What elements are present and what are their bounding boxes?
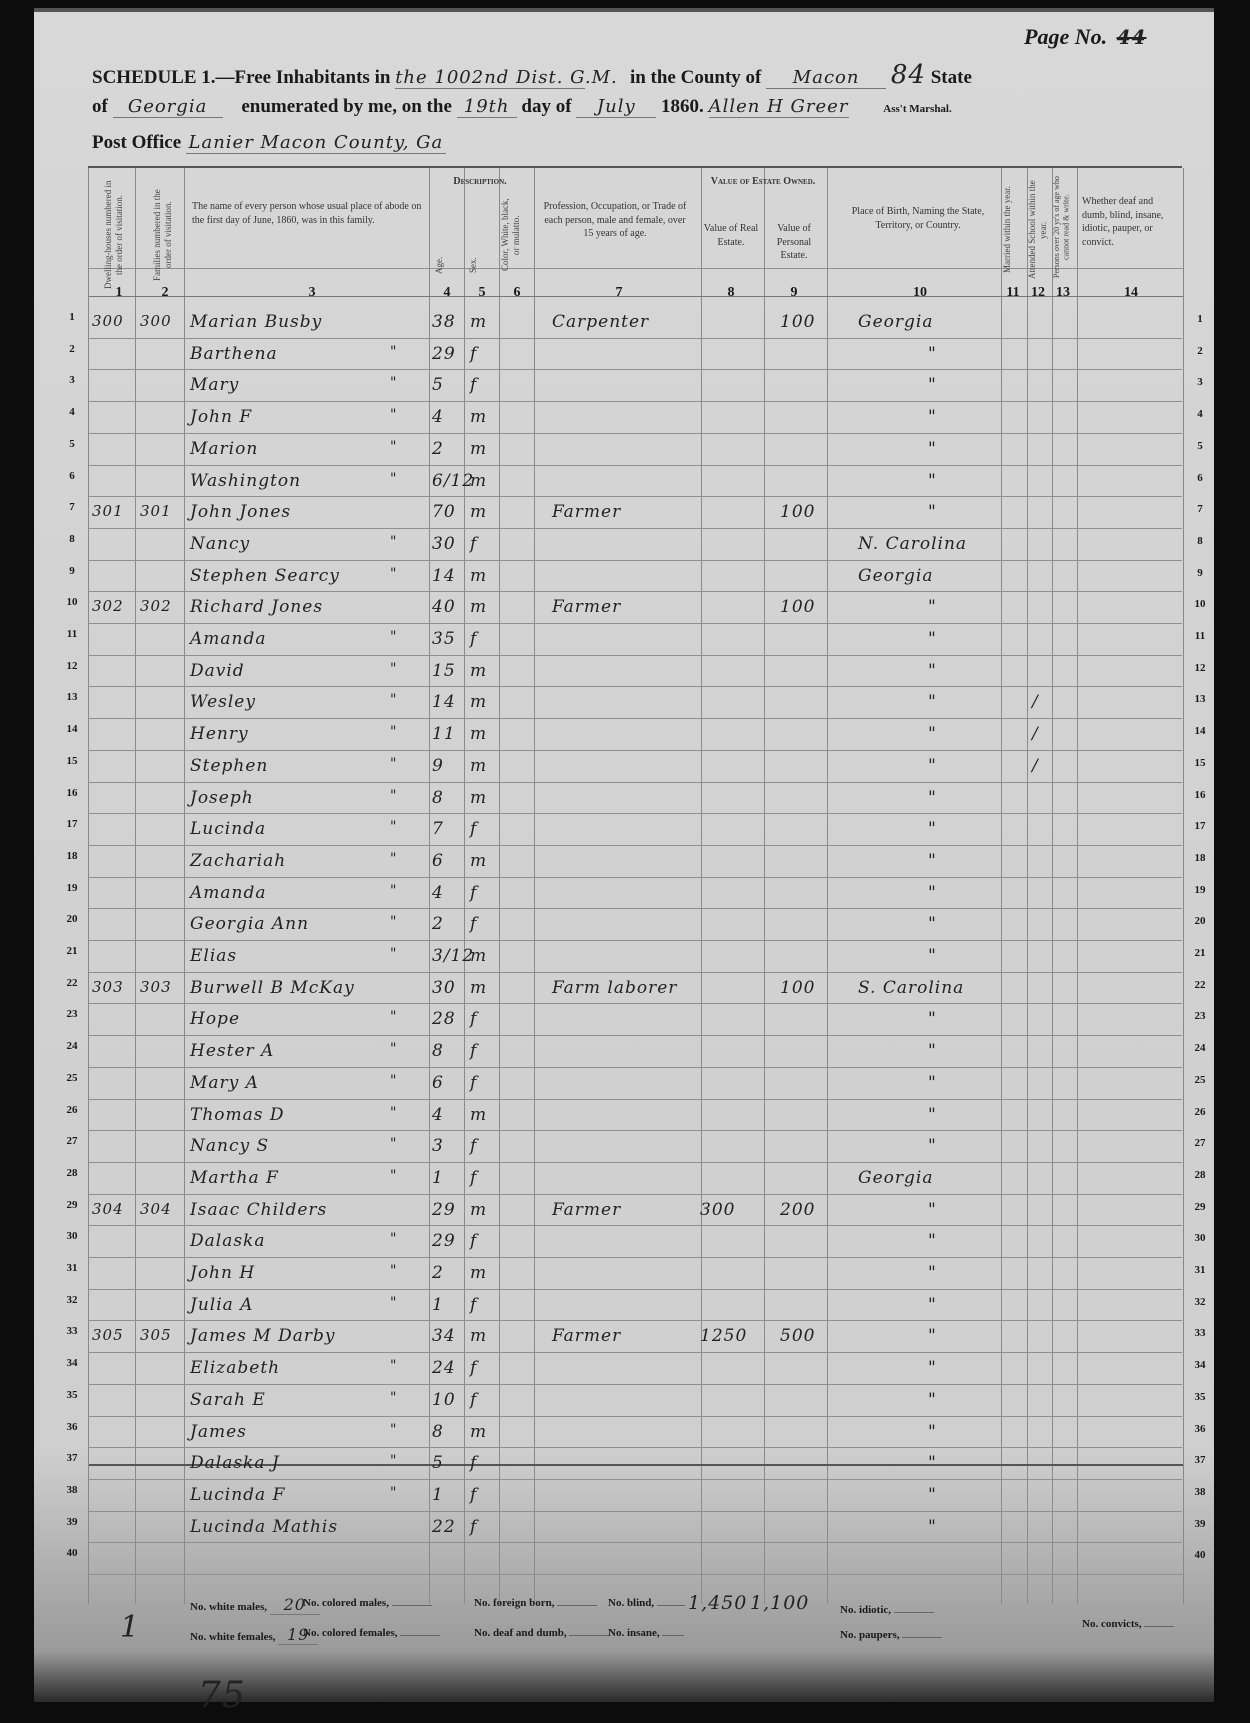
description-group-header: Description. bbox=[430, 175, 530, 189]
sex: m bbox=[470, 439, 487, 459]
row-rule bbox=[88, 1099, 1182, 1100]
person-name: Lucinda bbox=[190, 819, 266, 839]
ditto-mark: " bbox=[390, 1485, 397, 1501]
sex: m bbox=[470, 502, 487, 522]
age: 30 bbox=[432, 978, 456, 998]
ditto-mark: " bbox=[390, 1041, 397, 1057]
line-number: 31 bbox=[62, 1262, 82, 1274]
person-name: Burwell B McKay bbox=[190, 978, 355, 998]
age: 2 bbox=[432, 439, 444, 459]
person-name: Richard Jones bbox=[190, 597, 323, 617]
age: 1 bbox=[432, 1295, 444, 1315]
line-number-right: 27 bbox=[1190, 1137, 1210, 1149]
sex: f bbox=[470, 1485, 477, 1505]
row-rule bbox=[88, 560, 1182, 561]
line-number: 38 bbox=[62, 1484, 82, 1496]
birthplace: " bbox=[928, 914, 937, 934]
line-number: 39 bbox=[62, 1516, 82, 1528]
birthplace: " bbox=[928, 946, 937, 966]
birthplace: " bbox=[928, 1231, 937, 1251]
person-name: Wesley bbox=[190, 692, 256, 712]
sex: m bbox=[470, 471, 487, 491]
line-number: 1 bbox=[62, 311, 82, 323]
age: 35 bbox=[432, 629, 456, 649]
sex: m bbox=[470, 851, 487, 871]
line-number: 27 bbox=[62, 1135, 82, 1147]
line-number: 3 bbox=[62, 374, 82, 386]
person-name: James M Darby bbox=[190, 1326, 335, 1346]
age: 4 bbox=[432, 883, 444, 903]
sex: f bbox=[470, 1231, 477, 1251]
row-rule bbox=[88, 1130, 1182, 1131]
row-rule bbox=[88, 496, 1182, 497]
line-number: 10 bbox=[62, 596, 82, 608]
row-rule bbox=[88, 1320, 1182, 1321]
row-rule bbox=[88, 686, 1182, 687]
age: 5 bbox=[432, 1453, 444, 1473]
ditto-mark: " bbox=[390, 724, 397, 740]
age: 9 bbox=[432, 756, 444, 776]
ditto-mark: " bbox=[390, 344, 397, 360]
ditto-mark: " bbox=[390, 471, 397, 487]
age: 15 bbox=[432, 661, 456, 681]
sex: m bbox=[470, 978, 487, 998]
ditto-mark: " bbox=[390, 1358, 397, 1374]
real-estate-value: 1250 bbox=[700, 1326, 747, 1346]
personal-estate-value: 200 bbox=[780, 1200, 815, 1220]
line-number-right: 22 bbox=[1190, 979, 1210, 991]
row-rule bbox=[88, 908, 1182, 909]
line-number: 17 bbox=[62, 818, 82, 830]
birthplace: " bbox=[928, 629, 937, 649]
person-name: Zachariah bbox=[190, 851, 286, 871]
row-rule bbox=[88, 528, 1182, 529]
sex: m bbox=[470, 1422, 487, 1442]
age: 29 bbox=[432, 1231, 456, 1251]
ditto-mark: " bbox=[390, 1105, 397, 1121]
line-number-right: 40 bbox=[1190, 1549, 1210, 1561]
line-number-right: 23 bbox=[1190, 1010, 1210, 1022]
ditto-mark: " bbox=[390, 851, 397, 867]
line-number-right: 11 bbox=[1190, 630, 1210, 642]
line-number-right: 13 bbox=[1190, 693, 1210, 705]
sex: f bbox=[470, 819, 477, 839]
sex: m bbox=[470, 1200, 487, 1220]
sex: m bbox=[470, 788, 487, 808]
row-rule bbox=[88, 1257, 1182, 1258]
age: 3/12 bbox=[432, 946, 474, 966]
person-name: Mary bbox=[190, 375, 239, 395]
age: 40 bbox=[432, 597, 456, 617]
age: 14 bbox=[432, 692, 456, 712]
age: 2 bbox=[432, 914, 444, 934]
row-rule bbox=[88, 1067, 1182, 1068]
col-12-header: Attended School within the year. bbox=[1027, 175, 1051, 285]
family-number: 303 bbox=[140, 978, 172, 996]
line-number-right: 36 bbox=[1190, 1423, 1210, 1435]
line-number: 30 bbox=[62, 1230, 82, 1242]
header-line-1: SCHEDULE 1.—Free Inhabitants in the 1002… bbox=[92, 60, 972, 90]
ditto-mark: " bbox=[390, 1453, 397, 1469]
line-number: 21 bbox=[62, 945, 82, 957]
line-number: 13 bbox=[62, 691, 82, 703]
occupation: Farmer bbox=[552, 502, 621, 522]
age: 38 bbox=[432, 312, 456, 332]
line-number: 7 bbox=[62, 501, 82, 513]
line-number: 25 bbox=[62, 1072, 82, 1084]
tally-mark: 1 bbox=[120, 1610, 140, 1645]
line-number-right: 6 bbox=[1190, 472, 1210, 484]
row-rule bbox=[88, 718, 1182, 719]
attended-school-mark: / bbox=[1032, 692, 1039, 712]
birthplace: N. Carolina bbox=[858, 534, 967, 554]
person-name: Nancy S bbox=[190, 1136, 269, 1156]
row-rule bbox=[88, 1035, 1182, 1036]
line-number-right: 20 bbox=[1190, 915, 1210, 927]
row-rule bbox=[88, 845, 1182, 846]
person-name: Elizabeth bbox=[190, 1358, 280, 1378]
line-number-right: 30 bbox=[1190, 1232, 1210, 1244]
age: 8 bbox=[432, 788, 444, 808]
row-rule bbox=[88, 1194, 1182, 1195]
person-name: Mary A bbox=[190, 1073, 259, 1093]
sex: f bbox=[470, 1517, 477, 1537]
line-number-right: 37 bbox=[1190, 1454, 1210, 1466]
line-number: 37 bbox=[62, 1452, 82, 1464]
sex: m bbox=[470, 566, 487, 586]
line-number-right: 7 bbox=[1190, 503, 1210, 515]
sex: m bbox=[470, 312, 487, 332]
sex: m bbox=[470, 946, 487, 966]
sex: f bbox=[470, 1358, 477, 1378]
sex: f bbox=[470, 629, 477, 649]
line-number: 5 bbox=[62, 438, 82, 450]
age: 14 bbox=[432, 566, 456, 586]
sex: f bbox=[470, 534, 477, 554]
line-number-right: 28 bbox=[1190, 1169, 1210, 1181]
line-number: 15 bbox=[62, 755, 82, 767]
colored-males-total: No. colored males, bbox=[303, 1597, 432, 1609]
line-number-right: 12 bbox=[1190, 662, 1210, 674]
row-rule bbox=[88, 1003, 1182, 1004]
sex: f bbox=[470, 1390, 477, 1410]
line-number-right: 16 bbox=[1190, 789, 1210, 801]
idiotic-total: No. idiotic, bbox=[840, 1604, 934, 1616]
row-rule bbox=[88, 465, 1182, 466]
bottom-note: 75 bbox=[198, 1675, 246, 1716]
person-name: James bbox=[190, 1422, 247, 1442]
birthplace: S. Carolina bbox=[858, 978, 964, 998]
person-name: Dalaska bbox=[190, 1231, 266, 1251]
age: 10 bbox=[432, 1390, 456, 1410]
sex: f bbox=[470, 1295, 477, 1315]
sex: f bbox=[470, 883, 477, 903]
person-name: Lucinda F bbox=[190, 1485, 285, 1505]
col-3-header: The name of every person whose usual pla… bbox=[192, 200, 422, 227]
header-line-2: of Georgia enumerated by me, on the 19th… bbox=[92, 96, 952, 118]
row-rule bbox=[88, 782, 1182, 783]
sex: f bbox=[470, 1073, 477, 1093]
col-14-header: Whether deaf and dumb, blind, insane, id… bbox=[1082, 195, 1177, 249]
row-rule bbox=[88, 1574, 1182, 1575]
col-8-header: Value of Real Estate. bbox=[702, 222, 760, 249]
line-number: 24 bbox=[62, 1040, 82, 1052]
line-number: 11 bbox=[62, 628, 82, 640]
sex: m bbox=[470, 724, 487, 744]
line-number: 33 bbox=[62, 1325, 82, 1337]
colored-females-total: No. colored females, bbox=[303, 1627, 440, 1639]
birthplace: " bbox=[928, 661, 937, 681]
line-number: 36 bbox=[62, 1421, 82, 1433]
age: 1 bbox=[432, 1168, 444, 1188]
col-5-header: Sex. bbox=[468, 250, 488, 280]
ditto-mark: " bbox=[390, 407, 397, 423]
ditto-mark: " bbox=[390, 1168, 397, 1184]
dwelling-number: 303 bbox=[92, 978, 124, 996]
schedule-title: SCHEDULE 1.—Free Inhabitants in bbox=[92, 67, 390, 88]
row-rule bbox=[88, 1225, 1182, 1226]
age: 34 bbox=[432, 1326, 456, 1346]
person-name: Hester A bbox=[190, 1041, 274, 1061]
row-rule bbox=[88, 972, 1182, 973]
col-2-header: Families numbered in the order of visita… bbox=[152, 180, 192, 290]
line-number: 34 bbox=[62, 1357, 82, 1369]
birthplace: " bbox=[928, 1105, 937, 1125]
line-number-right: 8 bbox=[1190, 535, 1210, 547]
line-number: 12 bbox=[62, 660, 82, 672]
line-number-right: 10 bbox=[1190, 598, 1210, 610]
person-name: Amanda bbox=[190, 629, 267, 649]
line-number: 40 bbox=[62, 1547, 82, 1559]
age: 8 bbox=[432, 1422, 444, 1442]
person-name: Marion bbox=[190, 439, 258, 459]
ditto-mark: " bbox=[390, 629, 397, 645]
birthplace: " bbox=[928, 1485, 937, 1505]
person-name: Isaac Childers bbox=[190, 1200, 327, 1220]
dwelling-number: 304 bbox=[92, 1200, 124, 1218]
page-number-new: 84 bbox=[891, 60, 926, 90]
person-name: Marian Busby bbox=[190, 312, 322, 332]
line-number: 19 bbox=[62, 882, 82, 894]
ditto-mark: " bbox=[390, 534, 397, 550]
line-number-right: 14 bbox=[1190, 725, 1210, 737]
line-number-right: 34 bbox=[1190, 1359, 1210, 1371]
col-11-header: Married within the year. bbox=[1002, 175, 1026, 285]
line-number: 9 bbox=[62, 565, 82, 577]
page-number: Page No. 44 bbox=[1024, 24, 1146, 50]
sex: m bbox=[470, 1105, 487, 1125]
line-number: 32 bbox=[62, 1294, 82, 1306]
person-name: Sarah E bbox=[190, 1390, 266, 1410]
ditto-mark: " bbox=[390, 439, 397, 455]
row-rule bbox=[88, 338, 1182, 339]
row-rule bbox=[88, 623, 1182, 624]
person-name: Lucinda Mathis bbox=[190, 1517, 338, 1537]
line-number: 22 bbox=[62, 977, 82, 989]
ditto-mark: " bbox=[390, 375, 397, 391]
ditto-mark: " bbox=[390, 1073, 397, 1089]
col-1-header: Dwelling-houses numbered in the order of… bbox=[103, 180, 143, 290]
row-rule bbox=[88, 433, 1182, 434]
birthplace: " bbox=[928, 883, 937, 903]
line-number-right: 26 bbox=[1190, 1106, 1210, 1118]
person-name: Stephen Searcy bbox=[190, 566, 340, 586]
line-number: 28 bbox=[62, 1167, 82, 1179]
ditto-mark: " bbox=[390, 788, 397, 804]
sex: f bbox=[470, 1168, 477, 1188]
sex: f bbox=[470, 1041, 477, 1061]
birthplace: " bbox=[928, 756, 937, 776]
line-number-right: 35 bbox=[1190, 1391, 1210, 1403]
row-rule bbox=[88, 1162, 1182, 1163]
paupers-total: No. paupers, bbox=[840, 1629, 942, 1641]
age: 6/12 bbox=[432, 471, 474, 491]
line-number: 8 bbox=[62, 533, 82, 545]
sex: m bbox=[470, 661, 487, 681]
age: 29 bbox=[432, 344, 456, 364]
convicts-total: No. convicts, bbox=[1082, 1618, 1174, 1630]
person-name: Georgia Ann bbox=[190, 914, 309, 934]
occupation: Carpenter bbox=[552, 312, 649, 332]
birthplace: " bbox=[928, 1295, 937, 1315]
sex: m bbox=[470, 756, 487, 776]
birthplace: " bbox=[928, 597, 937, 617]
age: 29 bbox=[432, 1200, 456, 1220]
row-rule bbox=[88, 1447, 1182, 1448]
ditto-mark: " bbox=[390, 1136, 397, 1152]
line-number-right: 25 bbox=[1190, 1074, 1210, 1086]
district-value: the 1002nd Dist. G.M. bbox=[395, 67, 585, 89]
line-number-right: 29 bbox=[1190, 1201, 1210, 1213]
age: 4 bbox=[432, 407, 444, 427]
blind-total: No. blind, bbox=[608, 1597, 685, 1609]
row-rule bbox=[88, 369, 1182, 370]
header-line-3: Post Office Lanier Macon County, Ga bbox=[92, 132, 446, 154]
line-number: 4 bbox=[62, 406, 82, 418]
row-rule bbox=[88, 750, 1182, 751]
dwelling-number: 305 bbox=[92, 1326, 124, 1344]
age: 7 bbox=[432, 819, 444, 839]
col-9-header: Value of Personal Estate. bbox=[765, 222, 823, 263]
line-number-right: 9 bbox=[1190, 567, 1210, 579]
ditto-mark: " bbox=[390, 1390, 397, 1406]
sex: m bbox=[470, 597, 487, 617]
line-number-right: 19 bbox=[1190, 884, 1210, 896]
personal-estate-value: 100 bbox=[780, 978, 815, 998]
person-name: Elias bbox=[190, 946, 237, 966]
age: 28 bbox=[432, 1009, 456, 1029]
person-name: John H bbox=[190, 1263, 255, 1283]
line-number-right: 31 bbox=[1190, 1264, 1210, 1276]
occupation: Farmer bbox=[552, 1326, 621, 1346]
occupation: Farmer bbox=[552, 597, 621, 617]
line-number-right: 32 bbox=[1190, 1296, 1210, 1308]
person-name: Joseph bbox=[190, 788, 254, 808]
birthplace: " bbox=[928, 1422, 937, 1442]
person-name: Thomas D bbox=[190, 1105, 285, 1125]
person-name: Hope bbox=[190, 1009, 240, 1029]
sex: m bbox=[470, 692, 487, 712]
birthplace: " bbox=[928, 1041, 937, 1061]
birthplace: Georgia bbox=[858, 312, 933, 332]
birthplace: Georgia bbox=[858, 566, 933, 586]
dwelling-number: 301 bbox=[92, 502, 124, 520]
line-number-right: 15 bbox=[1190, 757, 1210, 769]
birthplace: " bbox=[928, 692, 937, 712]
line-number: 6 bbox=[62, 470, 82, 482]
state-value: Georgia bbox=[113, 96, 223, 118]
occupation: Farmer bbox=[552, 1200, 621, 1220]
row-rule bbox=[88, 1542, 1182, 1543]
personal-estate-value: 100 bbox=[780, 502, 815, 522]
line-number: 26 bbox=[62, 1104, 82, 1116]
line-number-right: 17 bbox=[1190, 820, 1210, 832]
birthplace: " bbox=[928, 502, 937, 522]
birthplace: " bbox=[928, 439, 937, 459]
line-number: 29 bbox=[62, 1199, 82, 1211]
birthplace: " bbox=[928, 1009, 937, 1029]
birthplace: " bbox=[928, 1326, 937, 1346]
age: 2 bbox=[432, 1263, 444, 1283]
age: 4 bbox=[432, 1105, 444, 1125]
sex: f bbox=[470, 1009, 477, 1029]
line-number-right: 5 bbox=[1190, 440, 1210, 452]
ditto-mark: " bbox=[390, 692, 397, 708]
birthplace: " bbox=[928, 1390, 937, 1410]
person-name: Barthena bbox=[190, 344, 278, 364]
person-name: Amanda bbox=[190, 883, 267, 903]
row-rule bbox=[88, 940, 1182, 941]
birthplace: " bbox=[928, 851, 937, 871]
ditto-mark: " bbox=[390, 566, 397, 582]
sex: m bbox=[470, 1326, 487, 1346]
insane-total: No. insane, bbox=[608, 1627, 684, 1639]
ditto-mark: " bbox=[390, 1009, 397, 1025]
person-name: Julia A bbox=[190, 1295, 253, 1315]
personal-estate-total: 1,100 bbox=[750, 1592, 809, 1614]
birthplace: " bbox=[928, 1200, 937, 1220]
page-number-struck: 44 bbox=[1117, 25, 1147, 49]
row-rule bbox=[88, 401, 1182, 402]
person-name: David bbox=[190, 661, 245, 681]
line-number: 35 bbox=[62, 1389, 82, 1401]
col-13-header: Persons over 20 yr's of age who cannot r… bbox=[1052, 170, 1076, 285]
personal-estate-value: 100 bbox=[780, 312, 815, 332]
ditto-mark: " bbox=[390, 1263, 397, 1279]
marshal-name: Allen H Greer bbox=[709, 96, 849, 118]
birthplace: " bbox=[928, 1358, 937, 1378]
person-name: Dalaska J bbox=[190, 1453, 280, 1473]
ditto-mark: " bbox=[390, 883, 397, 899]
row-rule bbox=[88, 1511, 1182, 1512]
age: 70 bbox=[432, 502, 456, 522]
attended-school-mark: / bbox=[1032, 724, 1039, 744]
age: 6 bbox=[432, 851, 444, 871]
personal-estate-value: 500 bbox=[780, 1326, 815, 1346]
birthplace: " bbox=[928, 344, 937, 364]
age: 22 bbox=[432, 1517, 456, 1537]
person-name: John Jones bbox=[190, 502, 291, 522]
age: 3 bbox=[432, 1136, 444, 1156]
person-name: Henry bbox=[190, 724, 249, 744]
dwelling-number: 302 bbox=[92, 597, 124, 615]
age: 1 bbox=[432, 1485, 444, 1505]
line-number: 2 bbox=[62, 343, 82, 355]
age: 5 bbox=[432, 375, 444, 395]
dwelling-number: 300 bbox=[92, 312, 124, 330]
birthplace: " bbox=[928, 471, 937, 491]
age: 30 bbox=[432, 534, 456, 554]
